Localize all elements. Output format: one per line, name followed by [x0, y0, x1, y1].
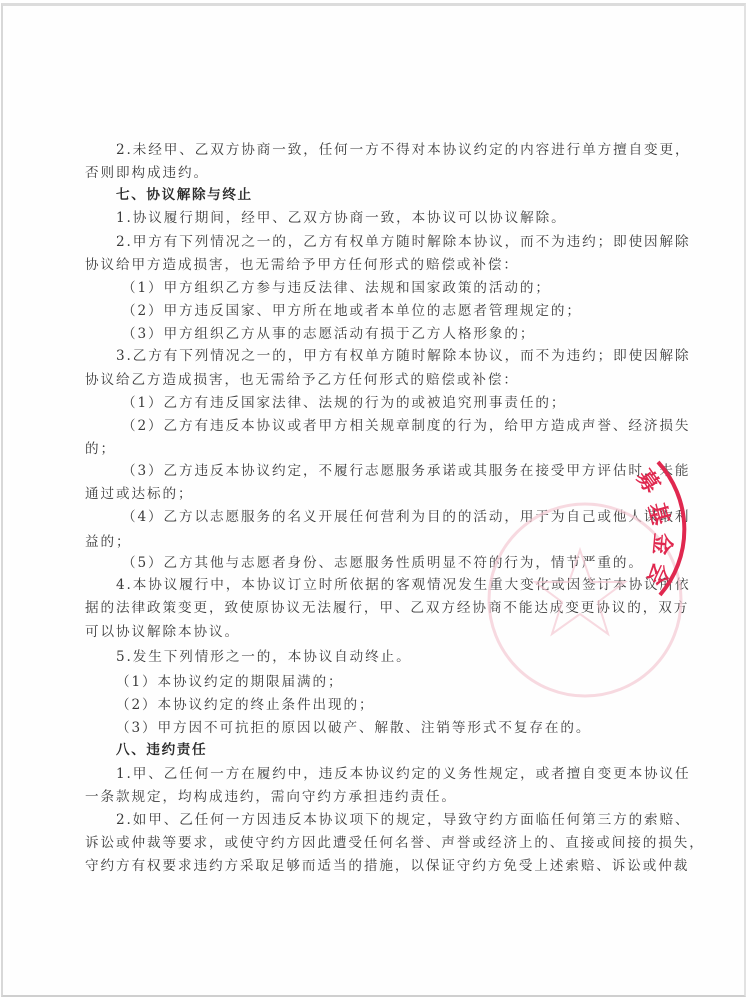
text-line: 协议给乙方造成损害，也无需给予乙方任何形式的赔偿或补偿：: [85, 371, 519, 389]
text-line: 2.甲方有下列情况之一的，乙方有权单方随时解除本协议，而不为违约；即使因解除: [116, 233, 691, 251]
text-line: （3）乙方违反本协议约定，不履行志愿服务承诺或其服务在接受甲方评估时，未能: [122, 462, 690, 480]
text-line: 一条款规定，均构成违约，需向守约方承担违约责任。: [85, 788, 457, 806]
text-line: （1）本协议约定的期限届满的；: [116, 673, 343, 691]
text-line: 可以协议解除本协议。: [85, 623, 240, 641]
text-line: 5.发生下列情形之一的，本协议自动终止。: [116, 648, 412, 666]
text-line: （2）甲方违反国家、甲方所在地或者本单位的志愿者管理规定的；: [122, 302, 582, 320]
text-line: 通过或达标的；: [85, 485, 193, 503]
text-line: 2.未经甲、乙双方协商一致，任何一方不得对本协议约定的内容进行单方擅自变更，: [116, 141, 691, 159]
text-line: （1）甲方组织乙方参与违反法律、法规和国家政策的活动的；: [122, 279, 551, 297]
text-line: 益的；: [85, 533, 131, 551]
section-heading: 七、协议解除与终止: [116, 186, 253, 204]
text-line: 1.甲、乙任何一方在履约中，违反本协议约定的义务性规定，或者擅自变更本协议任: [116, 765, 691, 783]
text-line: 据的法律政策变更，致使原协议无法履行，甲、乙双方经协商不能达成变更协议的，双方: [85, 599, 689, 617]
text-line: 诉讼或仲裁等要求，或使守约方因此遭受任何名誉、声誉或经济上的、直接或间接的损失，: [85, 834, 705, 852]
text-line: 3.乙方有下列情况之一的，甲方有权单方随时解除本协议，而不为违约；即使因解除: [116, 347, 691, 365]
text-line: 协议给甲方造成损害，也无需给予甲方任何形式的赔偿或补偿：: [85, 256, 519, 274]
section-heading: 八、违约责任: [116, 741, 207, 759]
text-line: （5）乙方其他与志愿者身份、志愿服务性质明显不符的行为，情节严重的。: [122, 554, 644, 572]
text-line: （3）甲方因不可抗拒的原因以破产、解散、注销等形式不复存在的。: [116, 719, 591, 737]
text-line: 4.本协议履行中，本协议订立时所依据的客观情况发生重大变化或因签订本协议所依: [116, 576, 691, 594]
text-line: （2）乙方有违反本协议或者甲方相关规章制度的行为，给甲方造成声誉、经济损失: [122, 417, 690, 435]
text-line: 的；: [85, 440, 116, 458]
text-line: （4）乙方以志愿服务的名义开展任何营利为目的的活动，用于为自己或他人谋取利: [122, 508, 690, 526]
text-line: 1.协议履行期间，经甲、乙双方协商一致，本协议可以协议解除。: [116, 209, 567, 227]
text-line: （2）本协议约定的终止条件出现的；: [116, 696, 374, 714]
text-line: 守约方有权要求违约方采取足够而适当的措施，以保证守约方免受上述索赔、诉讼或仲裁: [85, 857, 689, 875]
text-line: 否则即构成违约。: [85, 164, 209, 182]
text-line: （1）乙方有违反国家法律、法规的行为的或被追究刑事责任的；: [122, 394, 566, 412]
text-line: （3）甲方组织乙方从事的志愿活动有损于乙方人格形象的；: [122, 325, 535, 343]
text-line: 2.如甲、乙任何一方因违反本协议项下的规定，导致守约方面临任何第三方的索赔、: [116, 811, 691, 829]
